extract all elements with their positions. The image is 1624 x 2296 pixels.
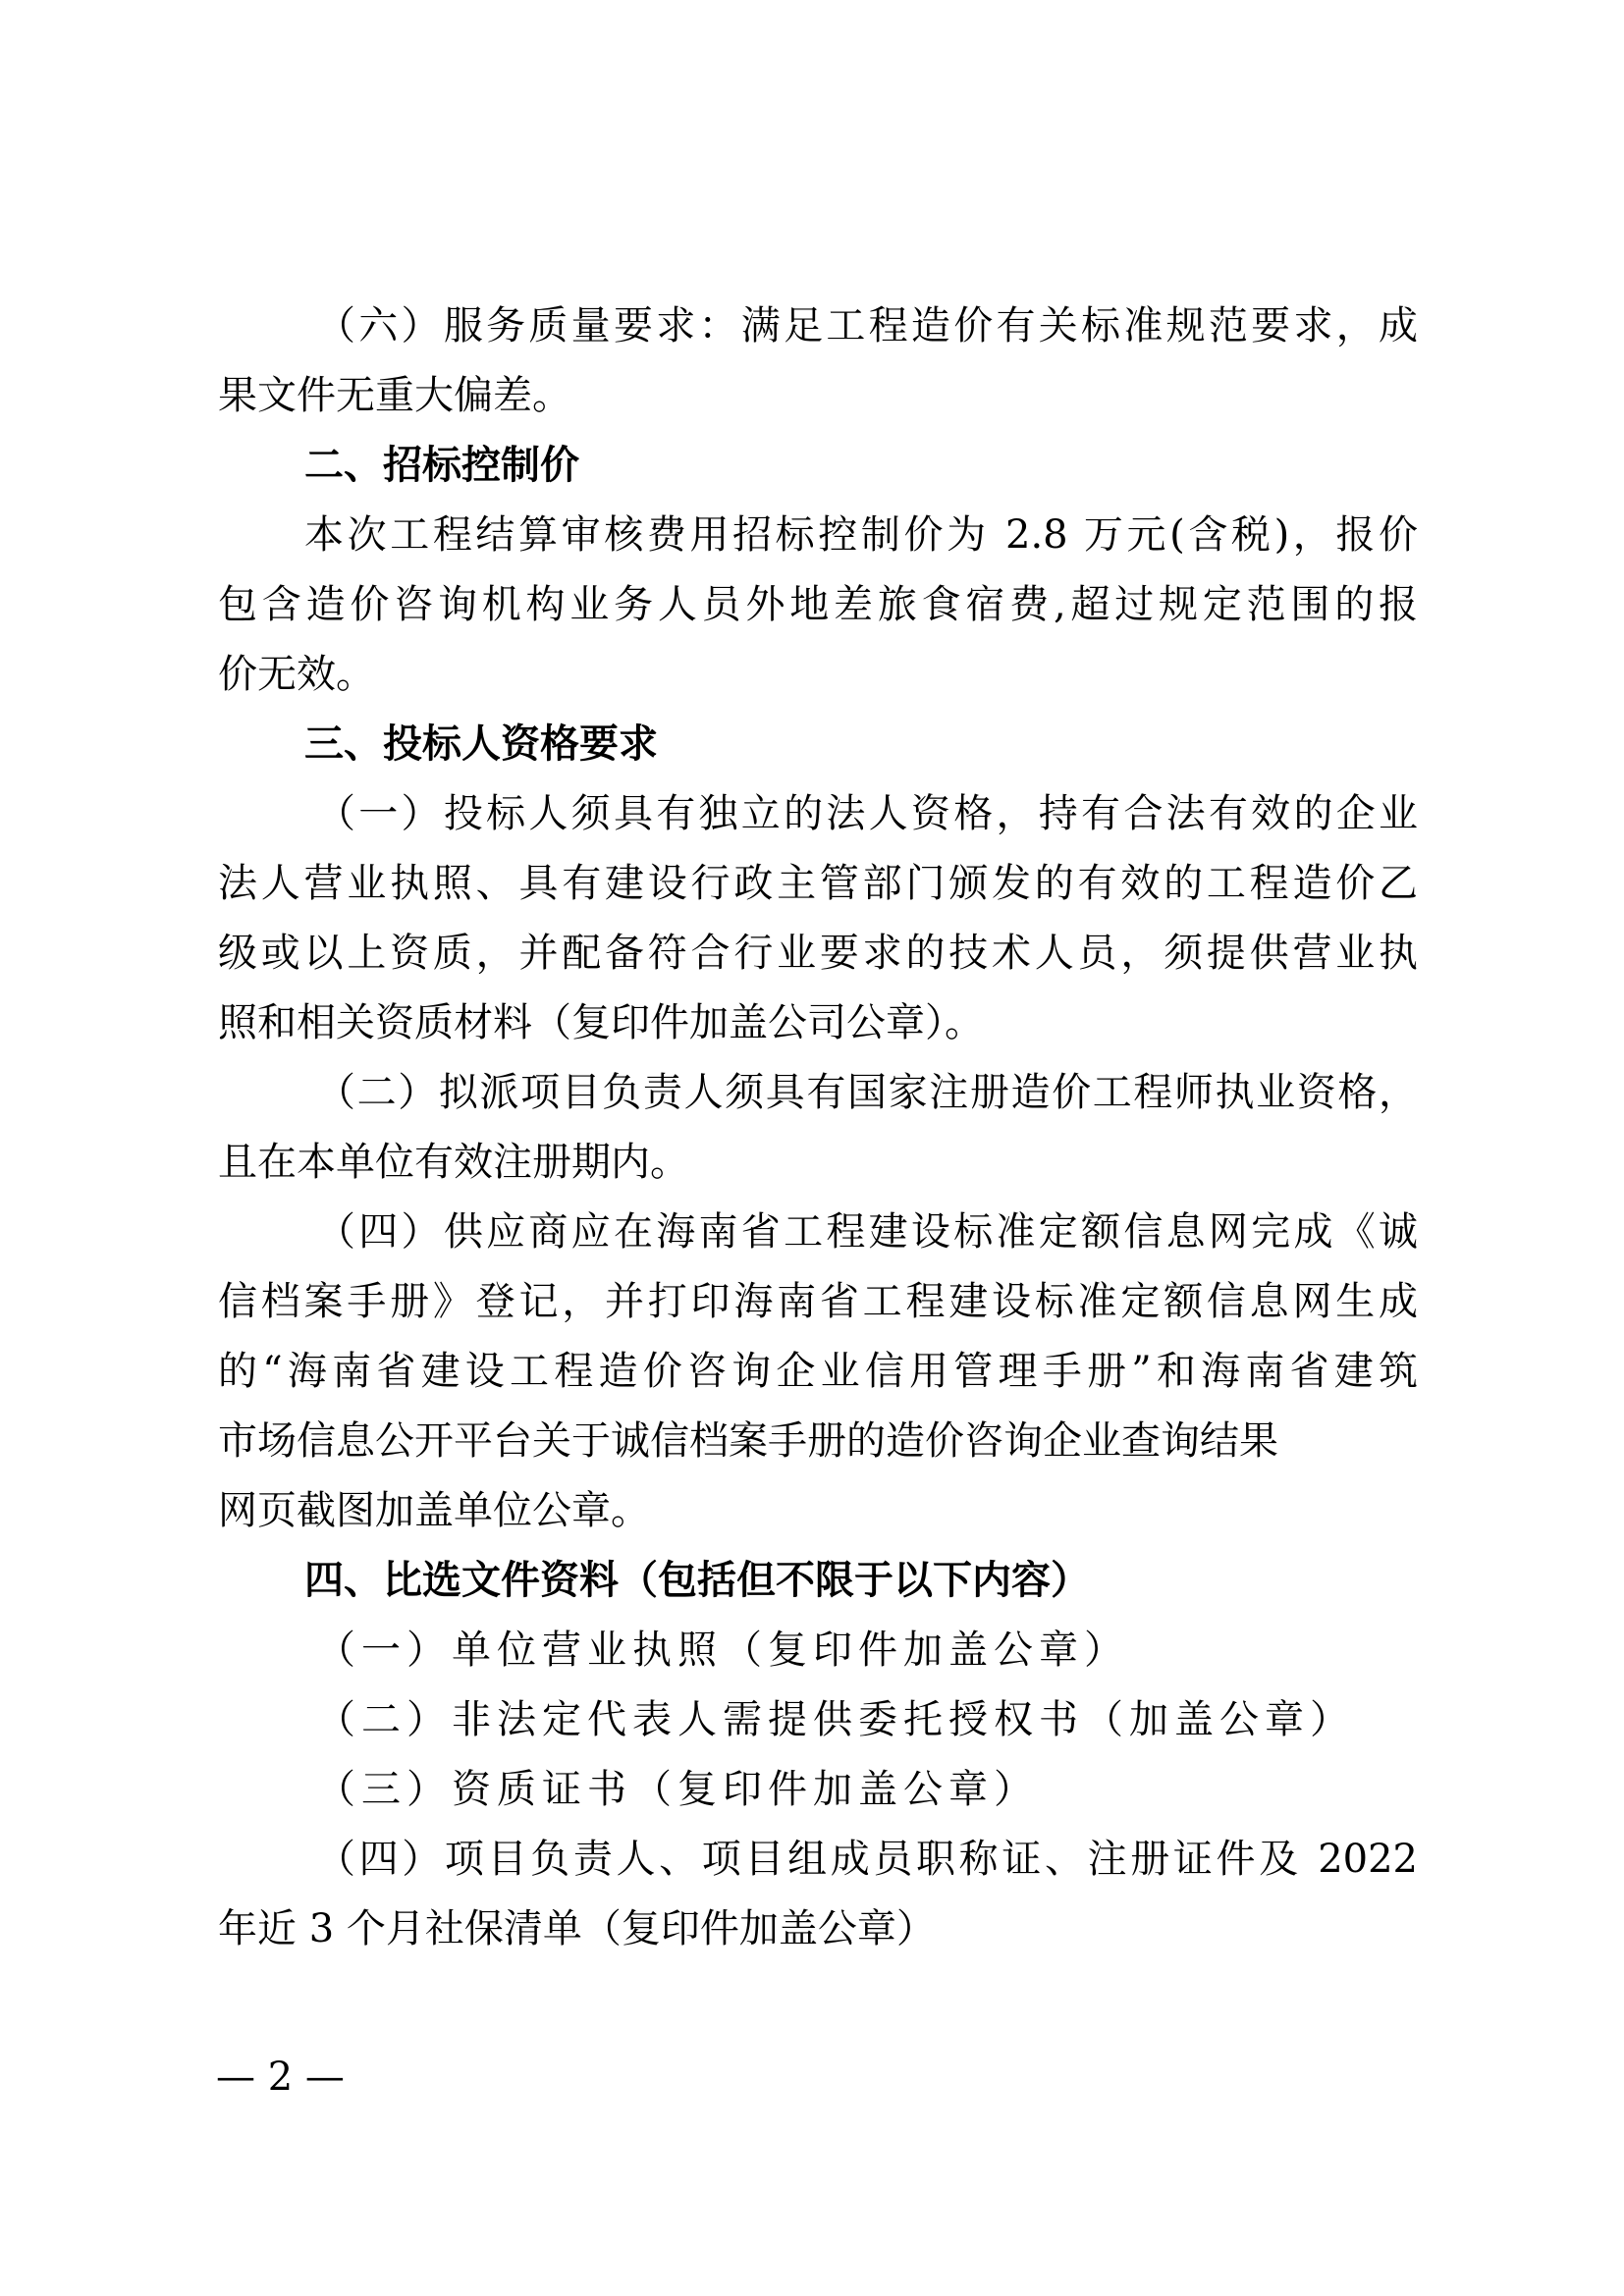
- page-number: — 2 —: [216, 2048, 345, 2107]
- document-page: （六）服务质量要求：满足工程造价有关标准规范要求，成 果文件无重大偏差。 二、招…: [0, 0, 1624, 2296]
- list-item-line: （三）资质证书（复印件加盖公章）: [316, 1760, 1418, 1819]
- list-item-line: 年近 3 个月社保清单（复印件加盖公章）: [218, 1899, 1418, 1958]
- paragraph-line: 本次工程结算审核费用招标控制价为 2.8 万元(含税)，报价: [304, 506, 1418, 564]
- list-item-line: 法人营业执照、具有建设行政主管部门颁发的有效的工程造价乙: [218, 854, 1418, 913]
- section-heading-bid-control-price: 二、招标控制价: [304, 436, 1418, 495]
- list-item-line: （一）投标人须具有独立的法人资格，持有合法有效的企业: [316, 784, 1418, 843]
- list-item-line: 级或以上资质，并配备符合行业要求的技术人员，须提供营业执: [218, 924, 1418, 983]
- list-item-line: （二）非法定代表人需提供委托授权书（加盖公章）: [316, 1690, 1418, 1749]
- list-item-line: 的“海南省建设工程造价咨询企业信用管理手册”和海南省建筑: [218, 1342, 1418, 1401]
- list-item-line: 且在本单位有效注册期内。: [218, 1133, 1418, 1192]
- list-item-line: （四）供应商应在海南省工程建设标准定额信息网完成《诚: [316, 1202, 1418, 1261]
- section-heading-selection-documents: 四、比选文件资料（包括但不限于以下内容）: [304, 1551, 1418, 1610]
- paragraph-line: 价无效。: [218, 645, 1418, 704]
- list-item-line: （二）拟派项目负责人须具有国家注册造价工程师执业资格，: [316, 1063, 1418, 1122]
- list-item-line: （一）单位营业执照（复印件加盖公章）: [316, 1621, 1418, 1680]
- list-item-line: 市场信息公开平台关于诚信档案手册的造价咨询企业查询结果: [218, 1412, 1418, 1470]
- list-item-line: 网页截图加盖单位公章。: [218, 1481, 1418, 1540]
- paragraph-line: 包含造价咨询机构业务人员外地差旅食宿费,超过规定范围的报: [218, 575, 1418, 634]
- paragraph-line: （六）服务质量要求：满足工程造价有关标准规范要求，成: [316, 296, 1418, 355]
- list-item-line: （四）项目负责人、项目组成员职称证、注册证件及 2022: [316, 1830, 1418, 1889]
- paragraph-line: 果文件无重大偏差。: [218, 366, 1418, 425]
- list-item-line: 信档案手册》登记，并打印海南省工程建设标准定额信息网生成: [218, 1272, 1418, 1331]
- list-item-line: 照和相关资质材料（复印件加盖公司公章）。: [218, 993, 1418, 1052]
- section-heading-bidder-qualifications: 三、投标人资格要求: [304, 715, 1418, 774]
